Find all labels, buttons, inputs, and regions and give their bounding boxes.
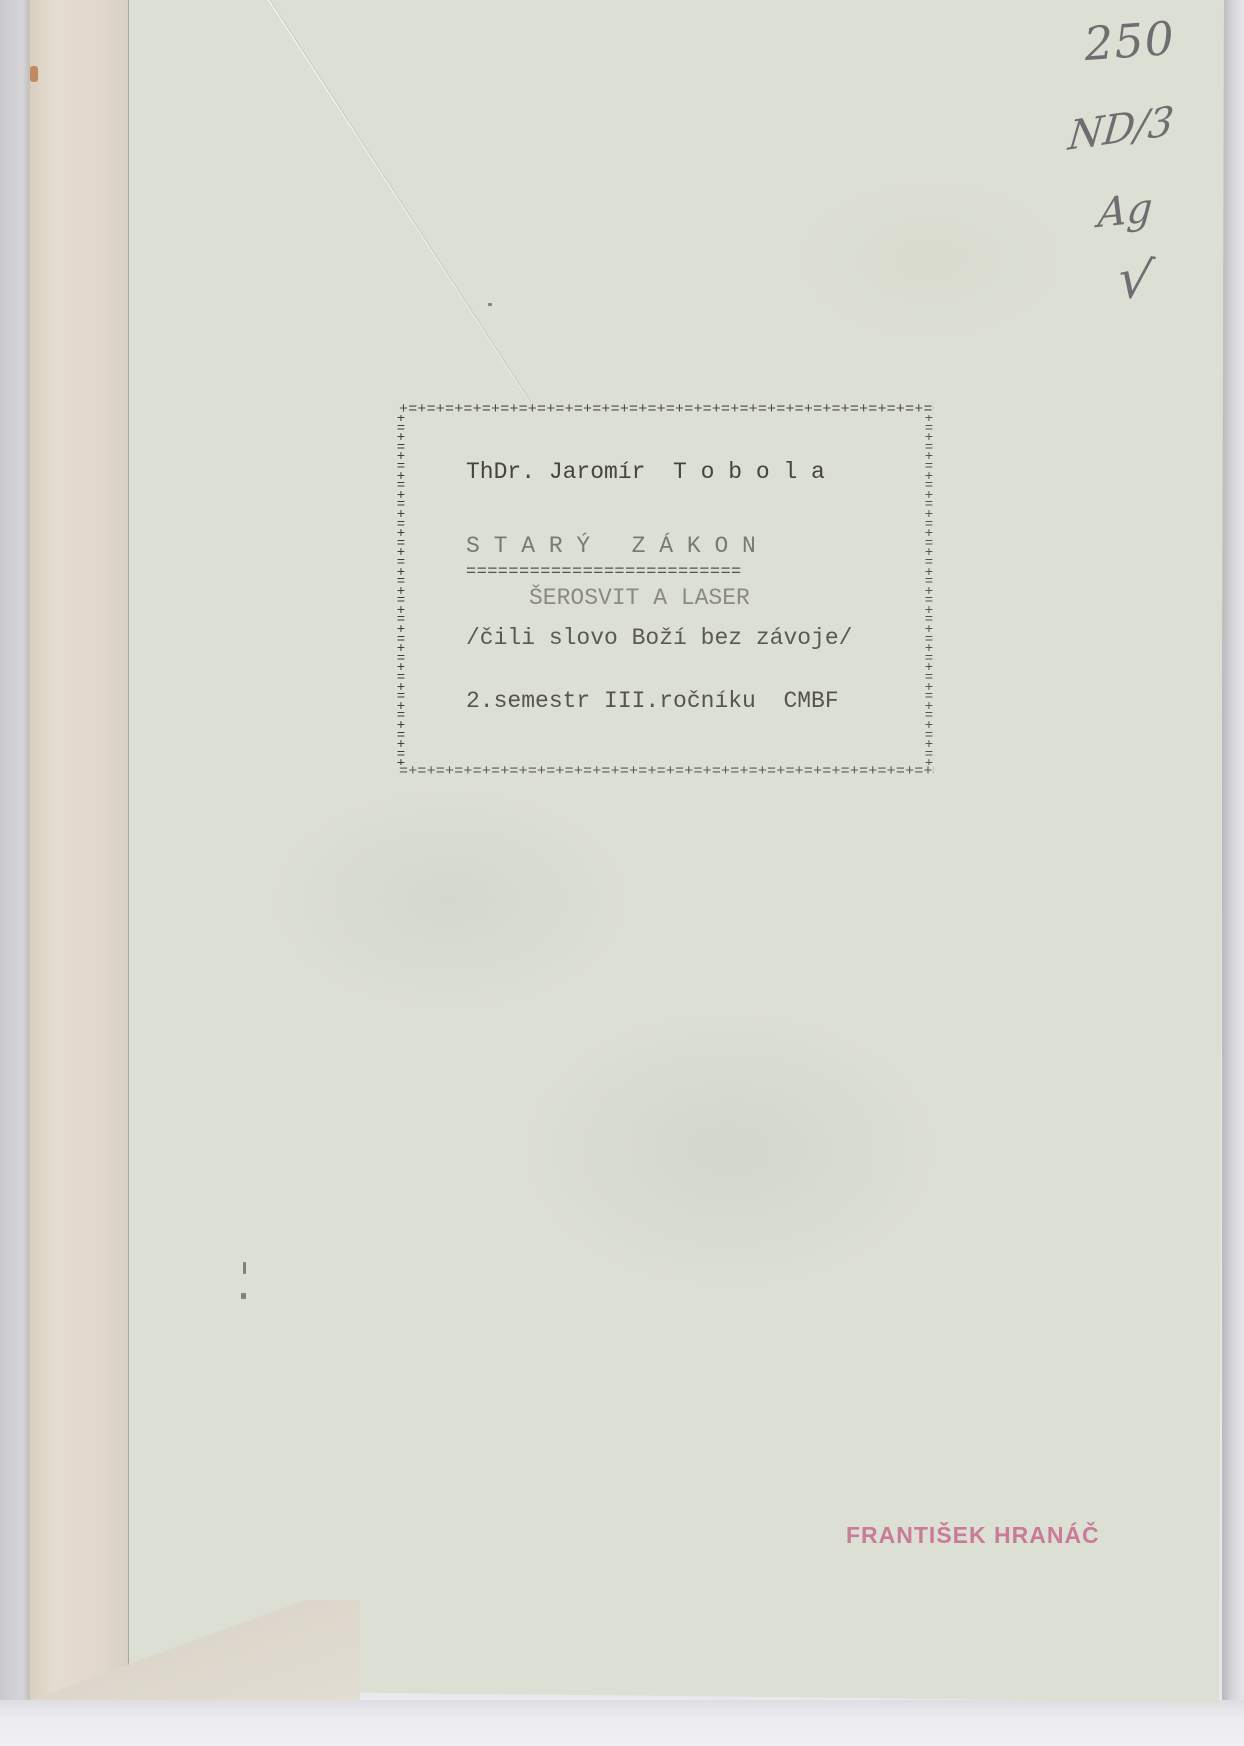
scan-background-left <box>0 0 32 1700</box>
title-underline: ========================== <box>466 563 742 582</box>
handwritten-number: 250 <box>1082 11 1176 71</box>
ink-speck <box>488 303 492 306</box>
folded-corner <box>30 1600 360 1700</box>
document-subtitle: ŠEROSVIT A LASER <box>529 585 750 611</box>
scan-background-bottom <box>0 1700 1244 1746</box>
ornamental-border-bottom: =+=+=+=+=+=+=+=+=+=+=+=+=+=+=+=+=+=+=+=+… <box>399 765 934 779</box>
ink-speck <box>243 1262 246 1274</box>
semester-line: 2.semestr III.ročníku CMBF <box>466 688 839 714</box>
typed-title-box: +=+=+=+=+=+=+=+=+=+=+=+=+=+=+=+=+=+=+=+=… <box>399 403 929 774</box>
cover-page <box>30 0 1224 1703</box>
ornamental-border-top: +=+=+=+=+=+=+=+=+=+=+=+=+=+=+=+=+=+=+=+=… <box>399 403 934 417</box>
ornamental-border-left: + = + = + = + = + = + = + = + = + = + = … <box>395 415 407 765</box>
binding-spine-strip <box>30 0 129 1700</box>
owner-stamp: FRANTIŠEK HRANÁČ <box>846 1522 1100 1549</box>
author-name: ThDr. Jaromír T o b o l a <box>466 459 825 485</box>
handwritten-initials: Ag <box>1097 185 1154 237</box>
rust-stain <box>30 66 38 82</box>
ornamental-border-right: + = + = + = + = + = + = + = + = + = + = … <box>923 415 935 765</box>
document-title: S T A R Ý Z Á K O N <box>466 533 756 559</box>
document-subtitle-2: /čili slovo Boží bez závoje/ <box>466 625 852 651</box>
ink-speck <box>241 1293 246 1299</box>
scan-background-right <box>1222 0 1244 1746</box>
